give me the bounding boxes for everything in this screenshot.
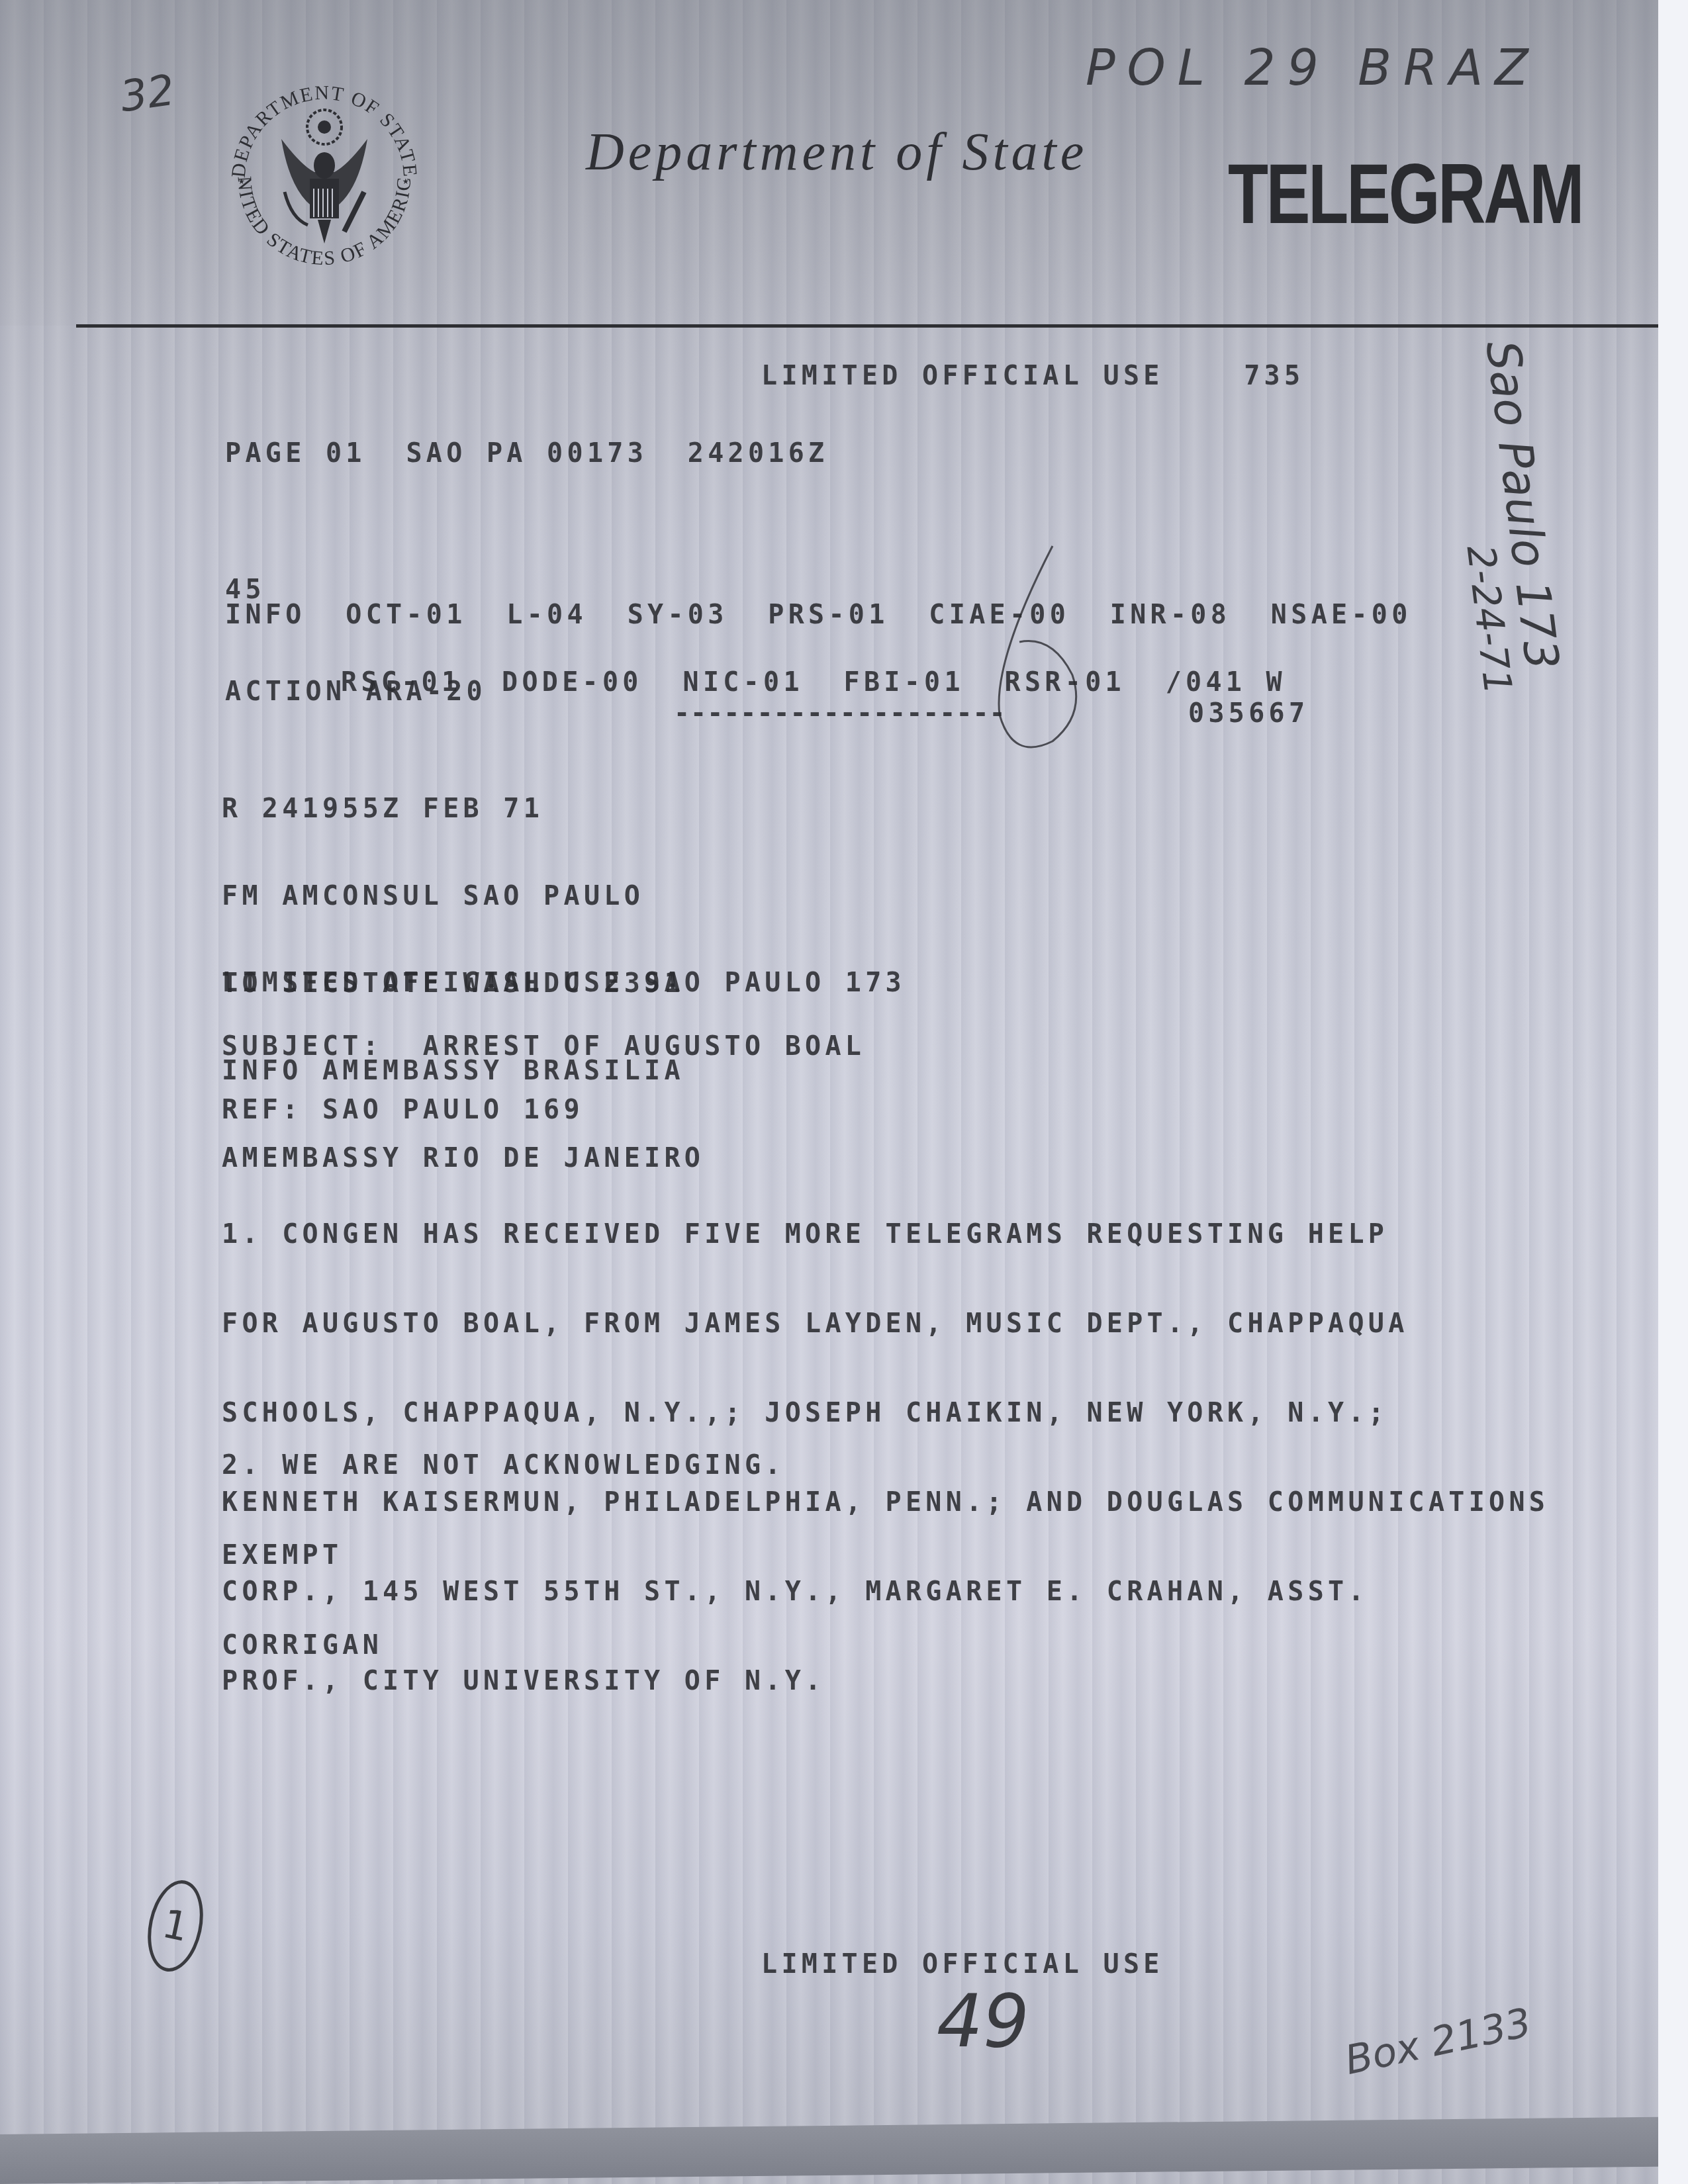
separator-line: -------------------- — [674, 698, 1006, 729]
exempt-line: EXEMPT — [222, 1541, 785, 1570]
info-line-2: RSC-01 DODE-00 NIC-01 FBI-01 RSR-01 /041… — [341, 667, 1286, 698]
reference-line: REF: SAO PAULO 169 — [222, 1095, 584, 1125]
paragraph-2: 2. WE ARE NOT ACKNOWLEDGING. — [222, 1451, 785, 1480]
serial-number: 035667 — [1188, 698, 1309, 729]
handwritten-bottom-number: 49 — [937, 1979, 1029, 2064]
scan-margin — [1658, 0, 1688, 2184]
svg-text:★: ★ — [402, 174, 409, 187]
header-divider — [76, 324, 1658, 328]
info-line-1: INFO OCT-01 L-04 SY-03 PRS-01 CIAE-00 IN… — [225, 600, 1412, 630]
info-addressee-line: INFO AMEMBASSY BRASILIA — [222, 1058, 704, 1084]
agency-title: Department of State — [586, 122, 1088, 183]
body-classification-line: LIMITED OFFICIAL USE SAO PAULO 173 — [222, 968, 906, 998]
paragraph-1-line: FOR AUGUSTO BOAL, FROM JAMES LAYDEN, MUS… — [222, 1310, 1549, 1338]
handwritten-file-code: POL 29 BRAZ — [1086, 40, 1540, 97]
subject-line: SUBJECT: ARREST OF AUGUSTO BOAL — [222, 1031, 865, 1062]
signature-line: CORRIGAN — [222, 1631, 785, 1660]
svg-text:★: ★ — [238, 174, 245, 187]
handwritten-box-note: Box 2133 — [1341, 1999, 1535, 2084]
page-line: PAGE 01 SAO PA 00173 242016Z — [225, 438, 828, 469]
telegram-page: DEPARTMENT OF STATE UNITED STATES OF AME… — [0, 0, 1658, 2184]
date-time-group: R 241955Z FEB 71 — [222, 796, 704, 822]
scan-shadow — [0, 2117, 1658, 2184]
classification-top-text: LIMITED OFFICIAL USE — [761, 361, 1164, 391]
department-of-state-seal-icon: DEPARTMENT OF STATE UNITED STATES OF AME… — [218, 66, 430, 278]
telegram-header-block: 45 ACTION ARA-20 — [225, 508, 487, 773]
paragraph-1-line: 1. CONGEN HAS RECEIVED FIVE MORE TELEGRA… — [222, 1220, 1549, 1249]
classification-top: LIMITED OFFICIAL USE 735 — [761, 361, 1304, 391]
from-line: FM AMCONSUL SAO PAULO — [222, 883, 704, 909]
classification-number: 735 — [1244, 361, 1304, 391]
handwritten-page-number: 32 — [117, 66, 177, 122]
handwritten-circled-number: 1 — [140, 1875, 211, 1977]
circled-number-text: 1 — [158, 1901, 193, 1951]
form-type-title: TELEGRAM — [1228, 146, 1582, 243]
closing-block: 2. WE ARE NOT ACKNOWLEDGING. EXEMPT CORR… — [222, 1390, 785, 1721]
classification-bottom: LIMITED OFFICIAL USE — [761, 1949, 1164, 1979]
